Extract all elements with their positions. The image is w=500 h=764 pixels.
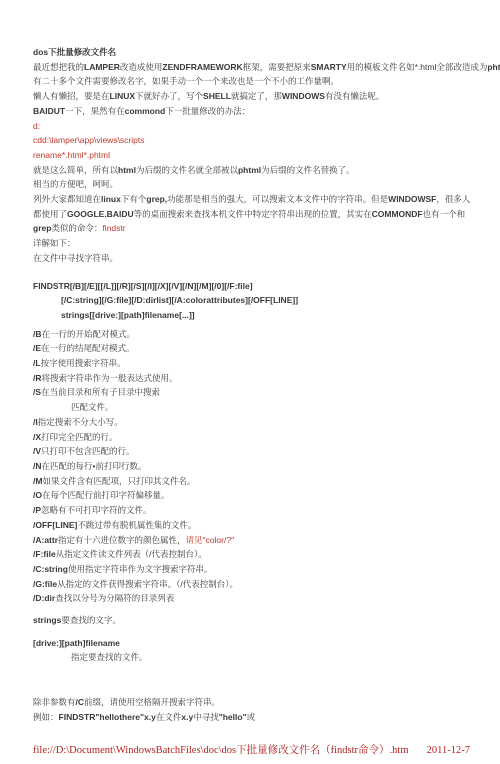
text-run: 为后缀的文件名替换了。: [261, 165, 355, 175]
text-run: grep: [33, 223, 51, 233]
text-run: 如果文件含有匹配项，只打印其文件名。: [42, 476, 195, 486]
line-spacer: [33, 628, 472, 636]
text-run: strings: [33, 615, 61, 625]
text-run: /S: [33, 387, 41, 397]
text-run: /A:attr: [33, 535, 58, 545]
text-run: WINDOWS: [282, 91, 325, 101]
text-run: 指定搜索不分大小写。: [38, 417, 123, 427]
text-run: /P: [33, 505, 41, 515]
text-run: 相当的方便吧，呵呵。: [33, 179, 118, 189]
text-run: 改造成使用: [120, 62, 163, 72]
text-run: 请见"color/?": [186, 535, 235, 545]
text-run: 从指定的文件获得搜索字符串。（/代表控制台）。: [57, 579, 238, 589]
text-run: 有没有懒法呢。: [325, 91, 385, 101]
text-line: /A:attr指定有十六进位数字的颜色属性，请见"color/?": [33, 533, 472, 548]
text-run: COMMONDF: [372, 209, 423, 219]
text-line: /E在一行的结尾配对模式。: [33, 341, 472, 356]
text-run: 就是这么简单，所有以: [33, 165, 118, 175]
text-line: /L按字使用搜索字符串。: [33, 356, 472, 371]
text-run: 在每个匹配行前打印字符偏移量。: [42, 490, 170, 500]
text-line: 列外大家都知道在linux下有个grep,功能那是相当的强大，可以搜索文本文件中…: [33, 192, 472, 236]
line-spacer: [33, 266, 472, 279]
text-line: d:: [33, 119, 472, 134]
text-run: 等的桌面搜索来查找本机文件中特定字符串出现的位置，其实在: [134, 209, 372, 219]
text-line: /P忽略有不可打印字符的文件。: [33, 503, 472, 518]
text-line: /O在每个匹配行前打印字符偏移量。: [33, 488, 472, 503]
text-run: 忽略有不可打印字符的文件。: [41, 505, 152, 515]
text-run: 在文件: [156, 712, 182, 722]
text-run: 例如：: [33, 712, 59, 722]
text-run: 使用指定字符串作为文字搜索字符串。: [68, 564, 213, 574]
text-line: /C:string使用指定字符串作为文字搜索字符串。: [33, 562, 472, 577]
text-run: ZENDFRAMEWORK: [162, 62, 242, 72]
text-run: 在匹配的每行•前打印行数。: [42, 461, 147, 471]
text-line: cdd:\lamper\app\views\scripts: [33, 133, 472, 148]
text-run: 指定要查找的文件。: [71, 652, 148, 662]
text-run: html: [118, 165, 136, 175]
text-run: 为后缀的文件名就全部被以: [136, 165, 238, 175]
text-line: 在文件中寻找字符串。: [33, 251, 472, 266]
text-line: 就是这么简单，所有以html为后缀的文件名就全部被以phtml为后缀的文件名替换…: [33, 163, 472, 178]
text-line: /D:dir查找以分号为分隔符的目录列表: [33, 591, 472, 606]
text-line: /N在匹配的每行•前打印行数。: [33, 459, 472, 474]
text-run: "hello": [219, 712, 247, 722]
text-run: LAMPER: [84, 62, 120, 72]
text-run: 只打印不包含匹配的行。: [41, 446, 135, 456]
text-line: 除非参数有/C前缀，请使用空格隔开搜索字符串。: [33, 695, 472, 710]
text-line: [drive:][path]filename: [33, 636, 472, 651]
text-run: phtml: [487, 62, 500, 72]
text-run: [drive:][path]filename: [33, 638, 120, 648]
text-line: 例如：FINDSTR"hellothere"x.y在文件x.y中寻找"hello…: [33, 710, 472, 725]
text-line: 详解如下：: [33, 236, 472, 251]
text-run: 指定有十六进位数字的颜色属性，: [58, 535, 186, 545]
footer-file-path: file://D:\Document\WindowsBatchFiles\doc…: [33, 742, 409, 757]
text-run: /L: [33, 358, 41, 368]
text-run: phtml: [238, 165, 261, 175]
text-run: 类似的命令：: [51, 223, 102, 233]
text-run: FINDSTR"hellothere"x.y: [59, 712, 156, 722]
text-run: 或: [247, 712, 256, 722]
text-line: /G:file从指定的文件获得搜索字符串。（/代表控制台）。: [33, 577, 472, 592]
text-run: /D:dir: [33, 593, 55, 603]
footer: file://D:\Document\WindowsBatchFiles\doc…: [33, 742, 470, 757]
text-run: 下一批量修改的办法：: [165, 106, 250, 116]
text-run: 一下，果然有在: [65, 106, 125, 116]
text-run: /OFF[LINE]: [33, 520, 77, 530]
text-run: rename*.html*.phtml: [33, 150, 110, 160]
text-run: 框架，需要把原来: [243, 62, 311, 72]
text-run: 在一行的结尾配对模式。: [41, 343, 135, 353]
text-run: grep,: [146, 194, 167, 204]
text-run: 也有一个和: [423, 209, 466, 219]
text-run: /F:file: [33, 549, 56, 559]
page-title: dos下批量修改文件名: [33, 45, 472, 60]
text-run: /X: [33, 432, 41, 442]
text-line: 最近想把我的LAMPER改造成使用ZENDFRAMEWORK框架，需要把原来SM…: [33, 60, 472, 75]
text-run: 下就好办了，写个: [135, 91, 203, 101]
text-run: d:: [33, 121, 40, 131]
text-run: commond: [125, 106, 166, 116]
text-line: strings要查找的文字。: [33, 613, 472, 628]
text-run: 懒人有懒招，要是在: [33, 91, 110, 101]
text-run: 从指定文件读文件列表（/代表控制台）。: [56, 549, 207, 559]
document-page: { "page": { "background": "#ffffff", "te…: [0, 0, 500, 764]
text-run: GOOGLE.BAIDU: [67, 209, 134, 219]
text-run: 前缀，请使用空格隔开搜索字符串。: [84, 697, 220, 707]
text-line: 指定要查找的文件。: [33, 650, 472, 665]
text-run: [/C:string][/G:file][/D:dirlist][/A:colo…: [61, 295, 298, 305]
text-run: 用的模板文件名如*.html全部改造成为: [347, 62, 488, 72]
text-run: 功能那是相当的强大，可以搜索文本文件中的字符串。但是: [167, 194, 388, 204]
text-line: /R将搜索字符串作为一般表达式使用。: [33, 371, 472, 386]
text-run: findstr: [102, 223, 125, 233]
text-line: 相当的方便吧，呵呵。: [33, 177, 472, 192]
line-spacer: [33, 665, 472, 680]
text-line: /V只打印不包含匹配的行。: [33, 444, 472, 459]
text-line: BAIDUT一下，果然有在commond下一批量修改的办法：: [33, 104, 472, 119]
text-run: 就搞定了，那: [231, 91, 282, 101]
text-run: BAIDUT: [33, 106, 65, 116]
text-run: /G:file: [33, 579, 57, 589]
text-run: 打印完全匹配的行。: [41, 432, 118, 442]
text-run: 将搜索字符串作为一般表达式使用。: [42, 373, 178, 383]
text-line: 有二十多个文件需要修改名字，如果手动一个一个来改也是一个不小的工作量啊。: [33, 74, 472, 89]
text-run: 最近想把我的: [33, 62, 84, 72]
text-run: FINDSTR[/B][/E][[/L]][/R][/S][/I][/X][/V…: [33, 281, 253, 291]
text-run: 要查找的文字。: [61, 615, 121, 625]
text-run: /E: [33, 343, 41, 353]
text-line: /OFF[LINE]不跳过带有脱机属性集的文件。: [33, 518, 472, 533]
line-spacer: [33, 606, 472, 613]
text-line: 懒人有懒招，要是在LINUX下就好办了，写个SHELL就搞定了，那WINDOWS…: [33, 89, 472, 104]
text-run: 在当前目录和所有子目录中搜索: [41, 387, 160, 397]
footer-date: 2011-12-7: [427, 745, 470, 756]
text-line: /B在一行的开始配对模式。: [33, 327, 472, 342]
text-run: SMARTY: [311, 62, 347, 72]
text-run: 按字使用搜索字符串。: [41, 358, 126, 368]
text-line: 匹配文件。: [33, 400, 472, 415]
text-run: 中寻找: [193, 712, 219, 722]
text-run: /O: [33, 490, 42, 500]
text-line: strings[[drive:][path]filename[...]]: [33, 308, 472, 323]
text-run: /C: [76, 697, 85, 707]
text-line: /I指定搜索不分大小写。: [33, 415, 472, 430]
text-run: /R: [33, 373, 42, 383]
text-run: WINDOWSF: [388, 194, 436, 204]
text-line: [/C:string][/G:file][/D:dirlist][/A:colo…: [33, 293, 472, 308]
text-run: 在一行的开始配对模式。: [42, 329, 136, 339]
text-run: /C:string: [33, 564, 68, 574]
text-line: FINDSTR[/B][/E][[/L]][/R][/S][/I][/X][/V…: [33, 279, 472, 294]
text-run: cdd:\lamper\app\views\scripts: [33, 135, 145, 145]
text-run: 下有个: [121, 194, 147, 204]
document-lines: 最近想把我的LAMPER改造成使用ZENDFRAMEWORK框架，需要把原来SM…: [33, 60, 472, 725]
text-run: 查找以分号为分隔符的目录列表: [55, 593, 174, 603]
text-run: /V: [33, 446, 41, 456]
text-run: strings[[drive:][path]filename[...]]: [61, 310, 195, 320]
text-line: rename*.html*.phtml: [33, 148, 472, 163]
document-body: dos下批量修改文件名 最近想把我的LAMPER改造成使用ZENDFRAMEWO…: [33, 45, 472, 725]
text-run: /N: [33, 461, 42, 471]
text-run: 不跳过带有脱机属性集的文件。: [77, 520, 196, 530]
text-line: /X打印完全匹配的行。: [33, 430, 472, 445]
text-run: linux: [101, 194, 121, 204]
text-line: /M如果文件含有匹配项，只打印其文件名。: [33, 474, 472, 489]
text-run: 除非参数有: [33, 697, 76, 707]
text-run: /B: [33, 329, 42, 339]
line-spacer: [33, 680, 472, 695]
text-run: 在文件中寻找字符串。: [33, 253, 118, 263]
text-run: 列外大家都知道在: [33, 194, 101, 204]
text-line: /S在当前目录和所有子目录中搜索: [33, 385, 472, 400]
text-run: LINUX: [110, 91, 136, 101]
text-run: 匹配文件。: [71, 402, 114, 412]
text-run: 有二十多个文件需要修改名字，如果手动一个一个来改也是一个不小的工作量啊。: [33, 76, 339, 86]
text-line: /F:file从指定文件读文件列表（/代表控制台）。: [33, 547, 472, 562]
text-run: x.y: [181, 712, 193, 722]
text-run: SHELL: [203, 91, 231, 101]
text-run: 详解如下：: [33, 238, 76, 248]
